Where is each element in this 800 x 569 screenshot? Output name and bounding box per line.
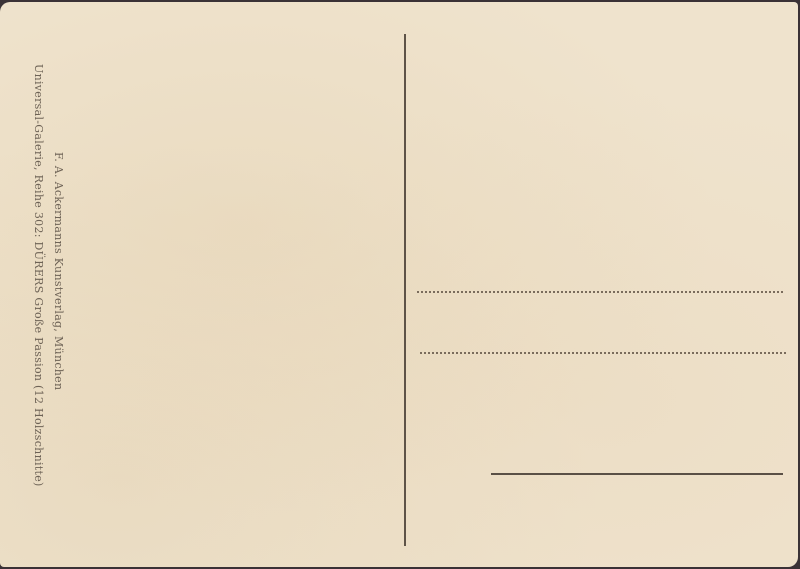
address-line-3 xyxy=(491,473,783,475)
center-divider-line xyxy=(404,34,406,546)
address-line-1 xyxy=(417,291,783,293)
series-caption: Universal-Galerie, Reihe 302: DÜRERS Gro… xyxy=(32,64,45,487)
address-line-2 xyxy=(420,352,786,354)
publisher-imprint: F. A. Ackermanns Kunstverlag, München xyxy=(52,152,65,390)
postcard-back: F. A. Ackermanns Kunstverlag, München Un… xyxy=(0,2,798,567)
